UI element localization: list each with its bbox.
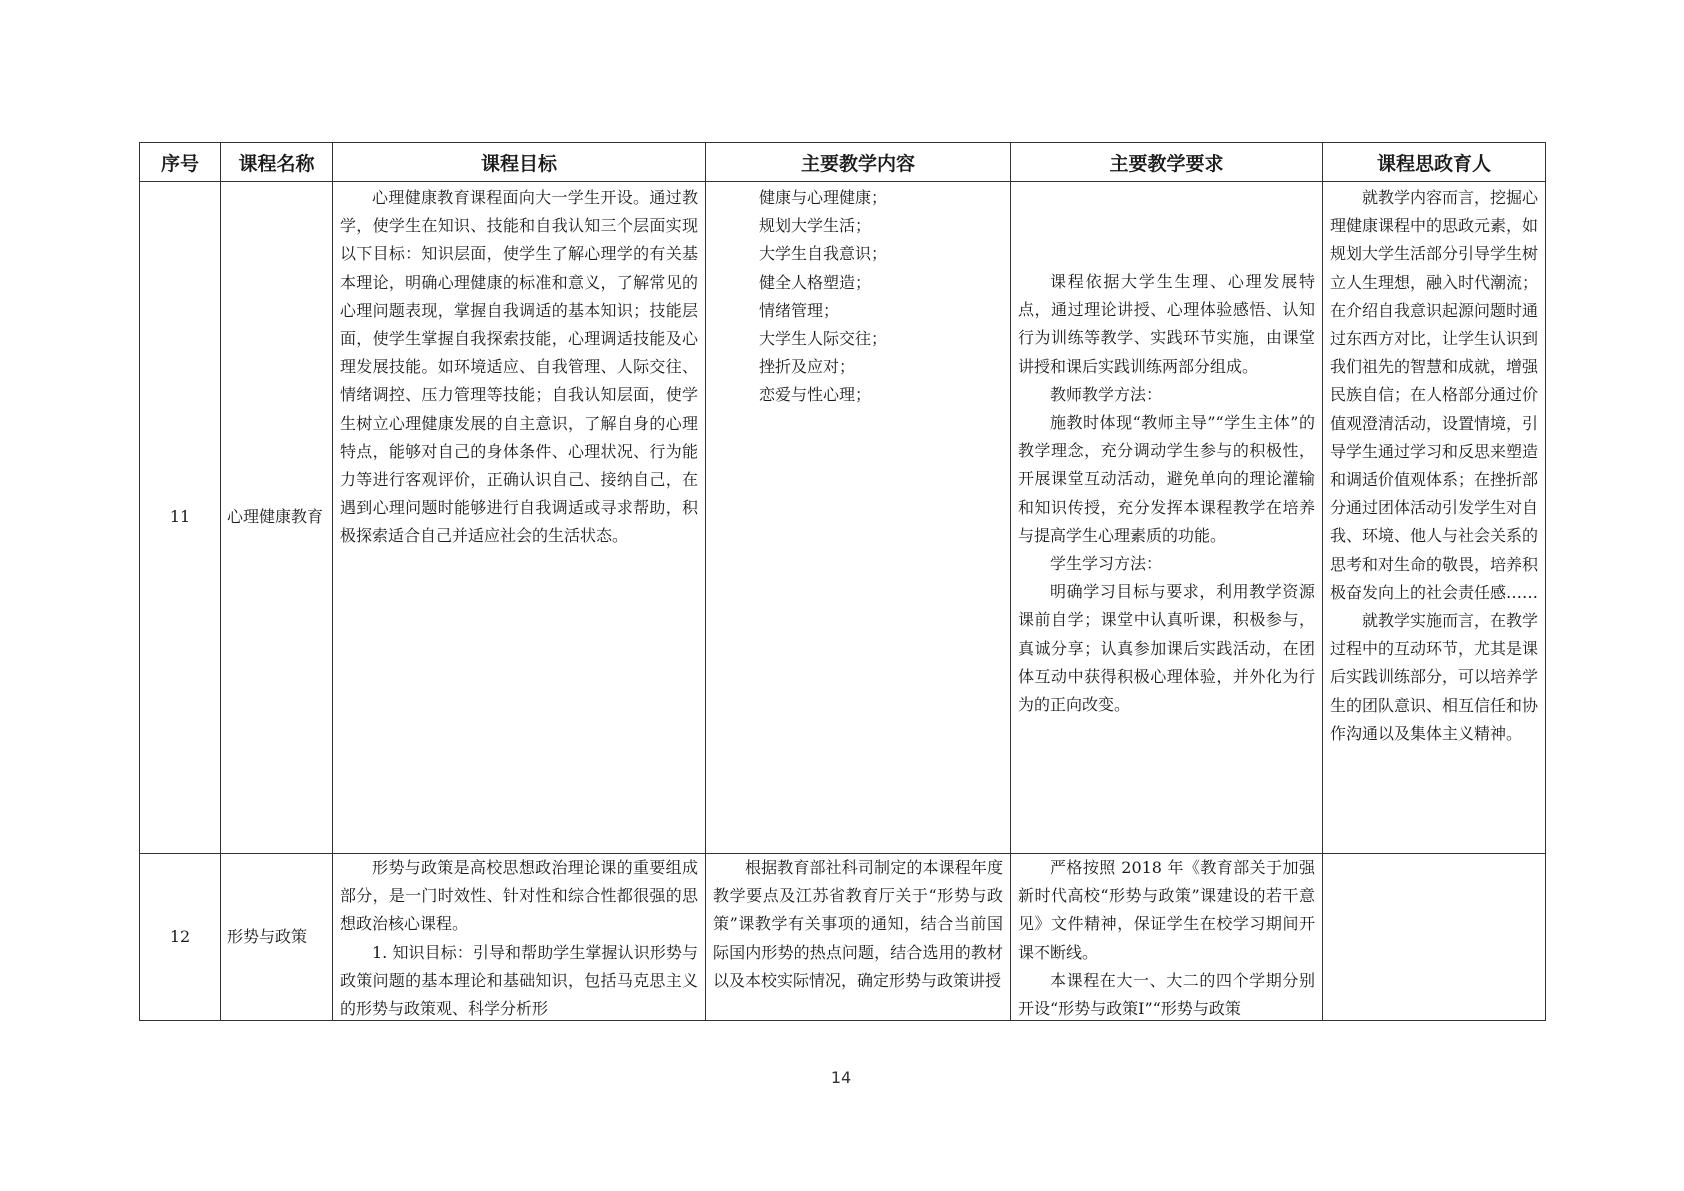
ideology-paragraph: 就教学内容而言，挖掘心理健康课程中的思政元素，如规划大学生活部分引导学生树立人生… <box>1330 184 1538 607</box>
table-header-row: 序号 课程名称 课程目标 主要教学内容 主要教学要求 课程思政育人 <box>140 143 1546 182</box>
page-number: 14 <box>0 1068 1684 1087</box>
content-item: 恋爱与性心理； <box>713 381 1003 409</box>
header-course-name: 课程名称 <box>221 143 333 182</box>
requirements-paragraph: 严格按照 2018 年《教育部关于加强新时代高校“形势与政策”课建设的若干意见》… <box>1018 854 1315 967</box>
header-requirements: 主要教学要求 <box>1011 143 1323 182</box>
requirements-subheading: 学生学习方法： <box>1018 550 1315 578</box>
objectives-cell: 形势与政策是高校思想政治理论课的重要组成部分，是一门时效性、针对性和综合性都很强… <box>333 854 706 1021</box>
course-name: 形势与政策 <box>221 923 332 951</box>
requirements-paragraph: 本课程在大一、大二的四个学期分别开设“形势与政策Ⅰ”“形势与政策 <box>1018 967 1315 1020</box>
course-name: 心理健康教育 <box>221 503 332 531</box>
course-name-cell: 形势与政策 <box>221 854 333 1021</box>
ideology-paragraph: 就教学实施而言，在教学过程中的互动环节，尤其是课后实践训练部分，可以培养学生的团… <box>1330 607 1538 748</box>
content-item: 大学生自我意识； <box>713 240 1003 268</box>
header-ideology: 课程思政育人 <box>1323 143 1546 182</box>
table-row: 11 心理健康教育 心理健康教育课程面向大一学生开设。通过教学，使学生在知识、技… <box>140 182 1546 854</box>
content-item: 大学生人际交往； <box>713 325 1003 353</box>
course-table: 序号 课程名称 课程目标 主要教学内容 主要教学要求 课程思政育人 11 心理健… <box>139 142 1546 1021</box>
content-item: 情绪管理； <box>713 297 1003 325</box>
requirements-paragraph: 施教时体现“教师主导”“学生主体”的教学理念，充分调动学生参与的积极性，开展课堂… <box>1018 409 1315 550</box>
row-number: 12 <box>140 854 221 1021</box>
requirements-paragraph: 明确学习目标与要求，利用教学资源课前自学；课堂中认真听课，积极参与，真诚分享；认… <box>1018 578 1315 719</box>
header-number: 序号 <box>140 143 221 182</box>
header-objectives: 课程目标 <box>333 143 706 182</box>
row-number: 11 <box>140 182 221 854</box>
content-cell: 健康与心理健康； 规划大学生活； 大学生自我意识； 健全人格塑造； 情绪管理； … <box>706 182 1011 854</box>
header-content: 主要教学内容 <box>706 143 1011 182</box>
table-row: 12 形势与政策 形势与政策是高校思想政治理论课的重要组成部分，是一门时效性、针… <box>140 854 1546 1021</box>
document-page: 序号 课程名称 课程目标 主要教学内容 主要教学要求 课程思政育人 11 心理健… <box>0 0 1684 1191</box>
content-item: 健康与心理健康； <box>713 184 1003 212</box>
content-item: 规划大学生活； <box>713 212 1003 240</box>
objectives-cell: 心理健康教育课程面向大一学生开设。通过教学，使学生在知识、技能和自我认知三个层面… <box>333 182 706 854</box>
objectives-paragraph: 1. 知识目标：引导和帮助学生掌握认识形势与政策问题的基本理论和基础知识，包括马… <box>340 939 698 1020</box>
requirements-cell: 课程依据大学生生理、心理发展特点，通过理论讲授、心理体验感悟、认知行为训练等教学… <box>1011 182 1323 854</box>
ideology-cell: 就教学内容而言，挖掘心理健康课程中的思政元素，如规划大学生活部分引导学生树立人生… <box>1323 182 1546 854</box>
requirements-subheading: 教师教学方法： <box>1018 381 1315 409</box>
content-paragraph: 根据教育部社科司制定的本课程年度教学要点及江苏省教育厅关于“形势与政策”课教学有… <box>713 854 1003 995</box>
objectives-paragraph: 形势与政策是高校思想政治理论课的重要组成部分，是一门时效性、针对性和综合性都很强… <box>340 854 698 939</box>
requirements-paragraph: 课程依据大学生生理、心理发展特点，通过理论讲授、心理体验感悟、认知行为训练等教学… <box>1018 268 1315 381</box>
content-item: 健全人格塑造； <box>713 269 1003 297</box>
objectives-paragraph: 心理健康教育课程面向大一学生开设。通过教学，使学生在知识、技能和自我认知三个层面… <box>340 184 698 551</box>
requirements-cell: 严格按照 2018 年《教育部关于加强新时代高校“形势与政策”课建设的若干意见》… <box>1011 854 1323 1021</box>
ideology-cell <box>1323 854 1546 1021</box>
content-cell: 根据教育部社科司制定的本课程年度教学要点及江苏省教育厅关于“形势与政策”课教学有… <box>706 854 1011 1021</box>
content-item: 挫折及应对； <box>713 353 1003 381</box>
course-name-cell: 心理健康教育 <box>221 182 333 854</box>
